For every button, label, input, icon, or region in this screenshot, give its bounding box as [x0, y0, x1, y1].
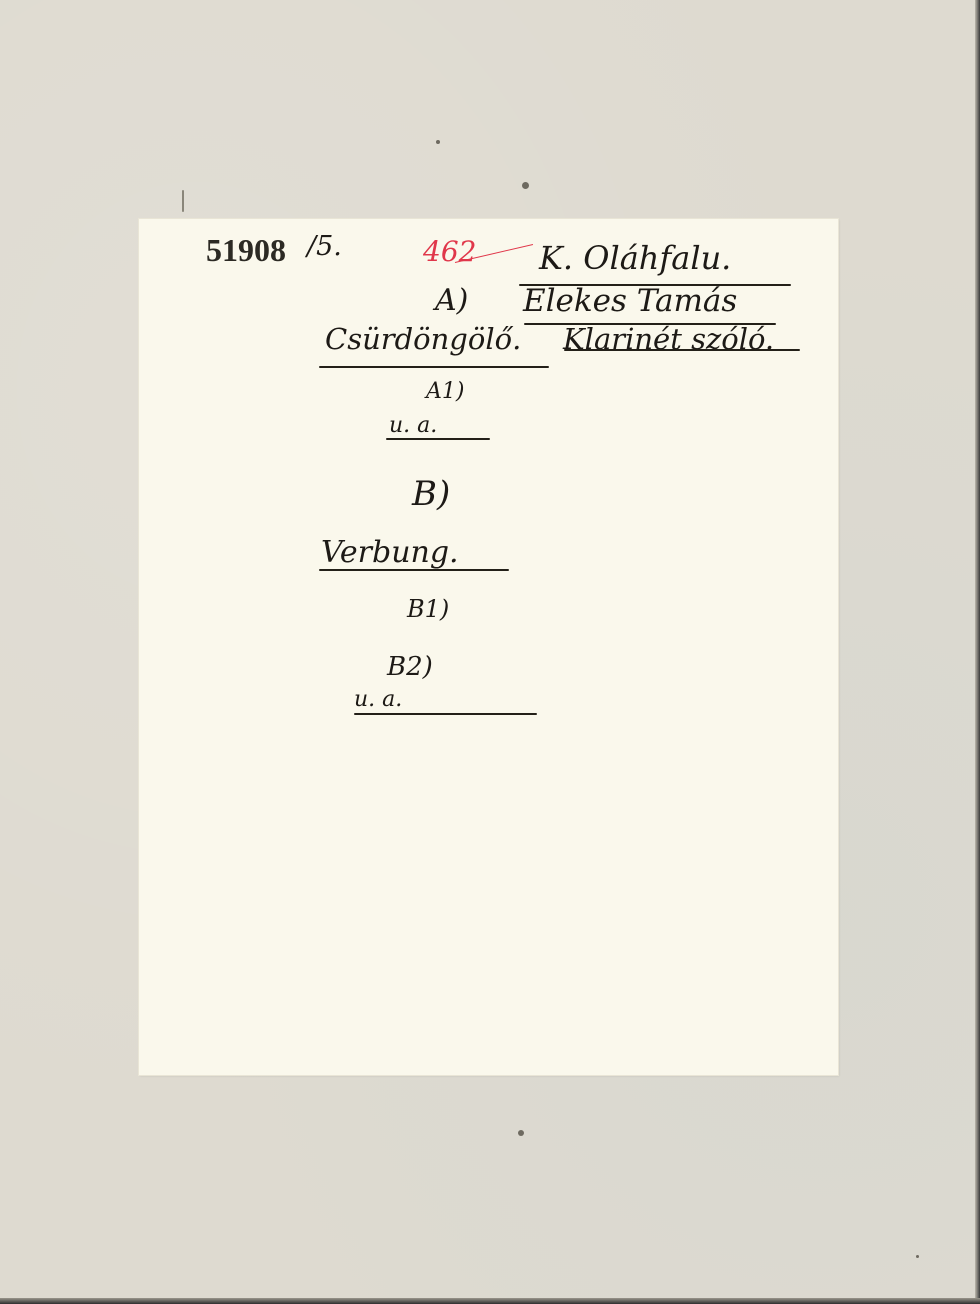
red-number: 462 [423, 235, 476, 268]
speck [522, 182, 529, 189]
underline [386, 438, 490, 440]
catalog-number: 51908 [206, 232, 286, 269]
item-b2: B2) [387, 652, 433, 682]
speck [436, 140, 440, 144]
index-card: 51908 /5. 462 K. Oláhfalu. A) Elekes Tam… [139, 219, 838, 1075]
instrument: Klarinét szóló. [563, 322, 774, 356]
section-a-label: A) [435, 283, 468, 318]
item-b2-note: u. a. [354, 687, 402, 712]
catalog-suffix: /5. [307, 231, 342, 262]
title-b: Verbung. [321, 535, 459, 570]
mount-board: 51908 /5. 462 K. Oláhfalu. A) Elekes Tam… [0, 0, 975, 1298]
underline [319, 569, 509, 571]
underline [354, 713, 537, 715]
performer-name: Elekes Tamás [523, 283, 737, 319]
speck [916, 1255, 919, 1258]
scan-edge-bottom [0, 1298, 980, 1304]
item-a1: A1) [426, 379, 464, 404]
underline [564, 349, 800, 351]
title-a: Csürdöngölő. [325, 322, 521, 356]
underline [319, 366, 549, 368]
section-b-label: B) [412, 474, 450, 514]
speck [518, 1130, 524, 1136]
scan-edge-right [975, 0, 980, 1304]
item-a1-note: u. a. [389, 413, 437, 438]
speck [182, 190, 184, 212]
item-b1: B1) [407, 595, 449, 623]
place-name: K. Oláhfalu. [539, 239, 731, 277]
